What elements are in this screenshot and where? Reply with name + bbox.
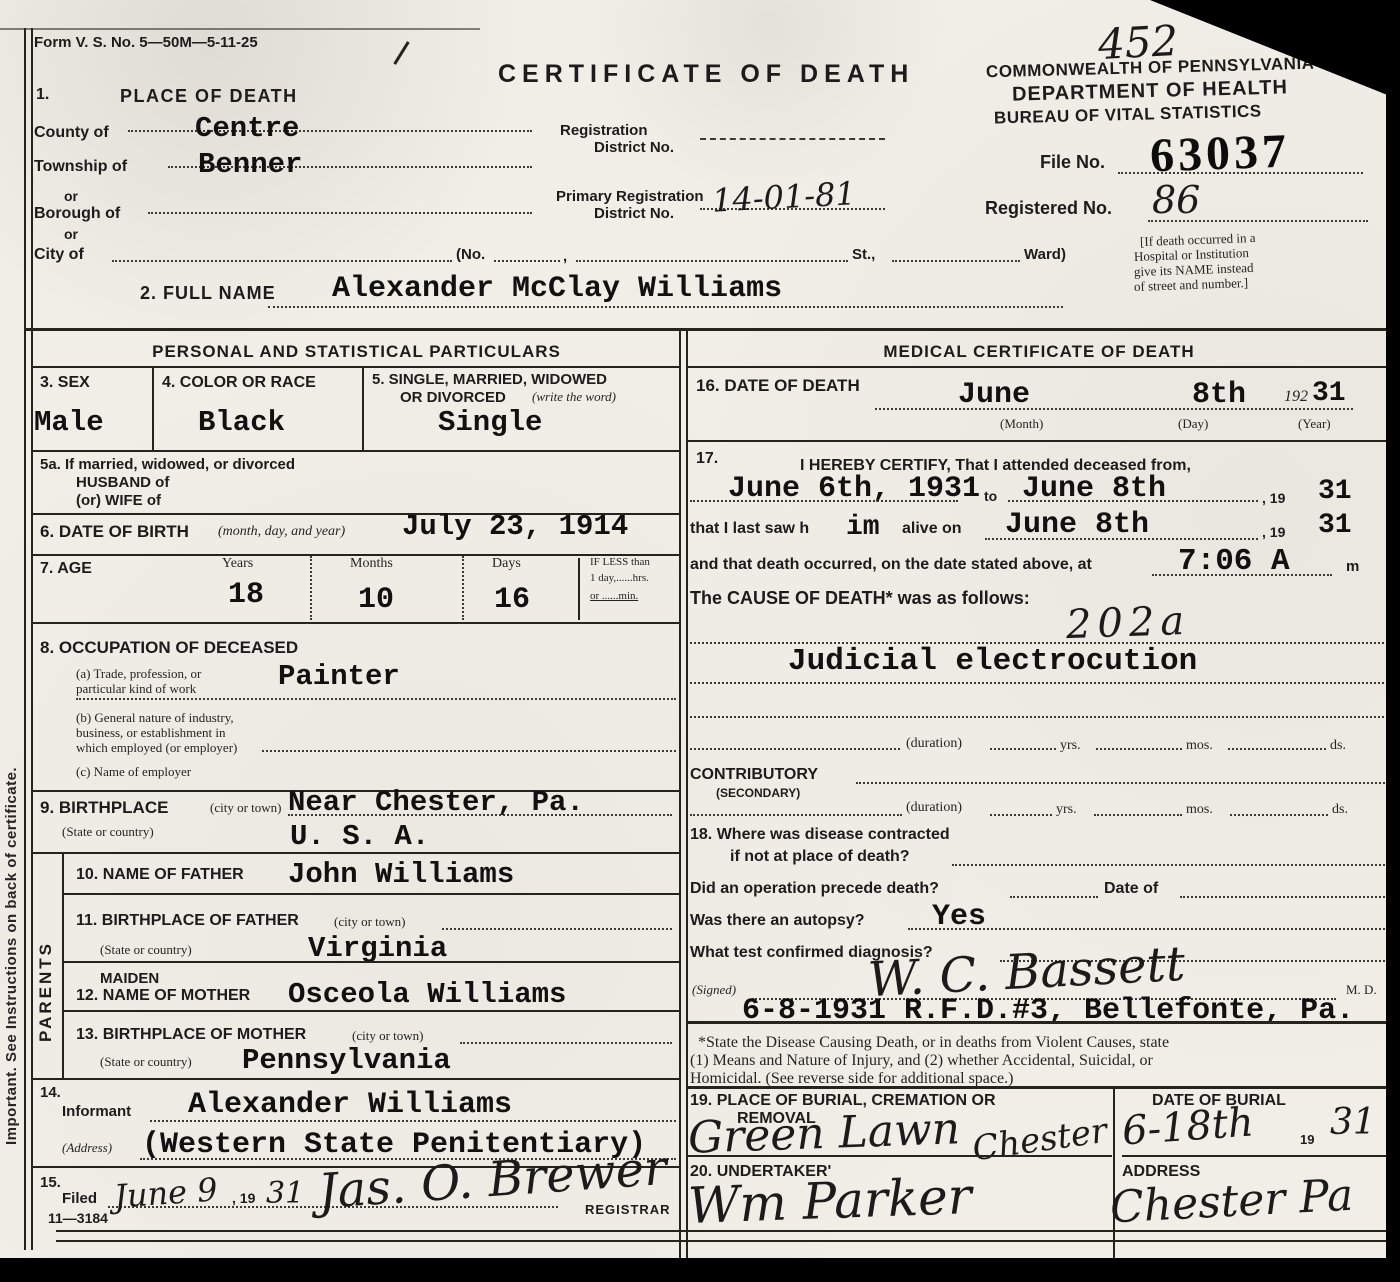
- mother-name-label: 12. NAME OF MOTHER: [76, 987, 250, 1005]
- filed-number: 15.: [40, 1174, 61, 1191]
- duration-dots-2: [1096, 748, 1182, 750]
- borough-label: Borough of: [34, 205, 120, 223]
- father-birthplace-rule: [64, 961, 679, 963]
- operation-label: Did an operation precede death?: [690, 880, 939, 898]
- frame-left-line-outer: [24, 28, 26, 1250]
- contributory-label: CONTRIBUTORY: [690, 766, 818, 784]
- primary-registration-value: 14-01-81: [711, 174, 857, 219]
- ds2-label: ds.: [1332, 802, 1348, 818]
- year-note: (Year): [1298, 416, 1331, 432]
- mother-birthplace-label: 13. BIRTHPLACE OF MOTHER: [76, 1026, 306, 1044]
- attended-to-line: [1008, 500, 1258, 502]
- date-of-dots: [1180, 896, 1388, 898]
- certificate-paper: Important. See Instructions on back of c…: [0, 0, 1400, 1282]
- registration-district-label1: Registration: [560, 122, 648, 139]
- section1-heading: PLACE OF DEATH: [120, 86, 298, 107]
- city-label: City of: [34, 246, 84, 264]
- if-less-line3: or ......min.: [590, 590, 638, 602]
- item18-line1: 18. Where was disease contracted: [690, 826, 950, 844]
- age-label: 7. AGE: [40, 560, 92, 578]
- duration-label: (duration): [906, 736, 962, 752]
- date-of-death-day: 8th: [1192, 378, 1246, 412]
- section1-number: 1.: [36, 86, 49, 104]
- full-name-line: [268, 306, 1063, 308]
- registered-no-value: 86: [1152, 178, 1200, 222]
- footnote-bottom-rule: [688, 1086, 1390, 1089]
- father-birthplace-state-note: (State or country): [100, 942, 192, 958]
- city-line: [112, 260, 452, 262]
- informant-value: Alexander Williams: [188, 1088, 512, 1122]
- parents-bottom-rule: [33, 1078, 679, 1080]
- yrs-label: yrs.: [1060, 738, 1081, 754]
- mother-name-value: Osceola Williams: [288, 978, 566, 1011]
- marital-note: (write the word): [532, 389, 616, 405]
- birthplace-state-note: (State or country): [62, 824, 154, 840]
- informant-number: 14.: [40, 1084, 61, 1101]
- day-note: (Day): [1178, 416, 1208, 432]
- date-of-death-line: [875, 408, 1353, 410]
- duration2-label: (duration): [906, 800, 962, 816]
- scan-bottom-band: [0, 1258, 1400, 1282]
- filed-year-handwritten: 31: [266, 1176, 304, 1211]
- burial-place-rule: [688, 1155, 1112, 1157]
- county-value: Centre: [195, 112, 299, 145]
- item5a-line3: (or) WIFE of: [76, 492, 161, 509]
- row345-bottom-rule: [33, 450, 679, 452]
- cause-of-death-label: The CAUSE OF DEATH* was as follows:: [690, 588, 1030, 609]
- cause-line-3: [690, 716, 1388, 718]
- filed-label: Filed: [62, 1190, 97, 1207]
- alive-on-label: alive on: [902, 520, 962, 538]
- birthplace-bottom-rule: [33, 852, 679, 854]
- occupation-a-line: [76, 698, 676, 700]
- registration-district-label2: District No.: [594, 139, 674, 156]
- dob-label: 6. DATE OF BIRTH: [40, 522, 189, 542]
- father-birthplace-line: [442, 928, 672, 930]
- birthplace-state-value: U. S. A.: [290, 820, 429, 853]
- mother-birthplace-value: Pennsylvania: [242, 1044, 451, 1077]
- last-saw-19-printed: , 19: [1262, 524, 1285, 540]
- if-less-line1: IF LESS than: [590, 556, 650, 568]
- medical-heading-rule: [688, 366, 1390, 368]
- sex-value: Male: [34, 406, 104, 439]
- father-name-value: John Williams: [288, 858, 514, 891]
- mother-name-rule: [64, 1010, 679, 1012]
- date-of-death-year-typed: 31: [1312, 378, 1346, 409]
- burial-column-divider: [1113, 1086, 1115, 1262]
- street-no-label: (No.: [456, 246, 485, 263]
- age-divider-3: [578, 558, 580, 620]
- form-number: Form V. S. No. 5—50M—5-11-25: [34, 34, 258, 51]
- date-of-label: Date of: [1104, 880, 1158, 898]
- mother-birthplace-state-note: (State or country): [100, 1054, 192, 1070]
- ward-label: Ward): [1024, 246, 1066, 263]
- undertaker-signature: Wm Parker: [687, 1167, 972, 1235]
- last-saw-value: June 8th: [1005, 508, 1149, 542]
- scan-right-strip: [1386, 90, 1400, 1282]
- ward-line: [892, 260, 1020, 262]
- father-birthplace-note: (city or town): [334, 914, 405, 930]
- last-saw-year-typed: 31: [1318, 510, 1352, 541]
- township-value: Benner: [198, 148, 302, 181]
- mos2-label: mos.: [1186, 802, 1213, 818]
- frame-bottom-line-inner: [56, 1240, 1396, 1242]
- street-no-line: [494, 260, 560, 262]
- burial-date-rule: [1122, 1155, 1392, 1157]
- date-of-death-bottom-rule: [688, 440, 1390, 442]
- personal-heading-rule: [33, 366, 679, 368]
- occupation-c-label: (c) Name of employer: [76, 764, 191, 780]
- if-less-line2: 1 day,......hrs.: [590, 572, 649, 584]
- ds-label: ds.: [1330, 738, 1346, 754]
- street-line: [576, 260, 848, 262]
- age-bottom-rule: [33, 622, 679, 624]
- contributory-line: [856, 782, 1388, 784]
- registered-no-label: Registered No.: [985, 198, 1112, 219]
- file-no-stamp: 63037: [1149, 124, 1291, 184]
- age-days-label: Days: [492, 556, 521, 572]
- center-divider-outer: [679, 328, 681, 1262]
- personal-section-heading: PERSONAL AND STATISTICAL PARTICULARS: [34, 342, 679, 362]
- county-line: [128, 130, 532, 132]
- occupation-a-value: Painter: [278, 660, 400, 693]
- mother-birthplace-note: (city or town): [352, 1028, 423, 1044]
- street-label: St.,: [852, 246, 875, 263]
- township-label: Township of: [34, 158, 127, 176]
- age-divider-2: [462, 556, 464, 620]
- occupation-a-label2: particular kind of work: [76, 681, 196, 697]
- cause-value: Judicial electrocution: [788, 644, 1197, 679]
- item18-line2: if not at place of death?: [730, 848, 910, 866]
- autopsy-dots: [908, 928, 1388, 930]
- registrar-label: REGISTRAR: [585, 1202, 671, 1217]
- maiden-label: MAIDEN: [100, 970, 159, 987]
- or-label-2: or: [64, 226, 78, 242]
- item17-number: 17.: [696, 450, 718, 468]
- full-name-value: Alexander McClay Williams: [332, 272, 782, 306]
- attended-19-printed: , 19: [1262, 490, 1285, 506]
- secondary-label: (SECONDARY): [716, 786, 800, 800]
- item5a-line2: HUSBAND of: [76, 474, 169, 491]
- attended-to-label: to: [984, 488, 997, 504]
- date-of-burial-handwritten: 6-18th: [1121, 1099, 1256, 1154]
- parents-bracket-line: [62, 852, 64, 1080]
- age-months-label: Months: [350, 556, 393, 572]
- frame-left-line-inner: [31, 28, 33, 1250]
- duration-dots-1: [990, 748, 1056, 750]
- race-value: Black: [198, 406, 285, 439]
- sex-label: 3. SEX: [40, 374, 90, 392]
- form-code: 11—3184: [48, 1210, 108, 1226]
- duration2-dots-1: [990, 814, 1052, 816]
- sex-race-divider: [152, 366, 154, 450]
- stray-mark: [393, 41, 409, 65]
- death-time-line: [1152, 574, 1332, 576]
- county-label: County of: [34, 124, 109, 142]
- item5a-line1: 5a. If married, widowed, or divorced: [40, 456, 295, 473]
- duration2-dots-2: [1094, 814, 1182, 816]
- mother-birthplace-line: [460, 1042, 672, 1044]
- informant-address-note: (Address): [62, 1140, 112, 1156]
- autopsy-label: Was there an autopsy?: [690, 912, 865, 930]
- signed-label: (Signed): [692, 982, 736, 998]
- father-name-label: 10. NAME OF FATHER: [76, 866, 244, 884]
- footnote-line2: (1) Means and Nature of Injury, and (2) …: [690, 1052, 1153, 1070]
- main-horizontal-rule: [24, 328, 1392, 331]
- informant-label: Informant: [62, 1103, 131, 1120]
- full-name-label: 2. FULL NAME: [140, 283, 276, 304]
- medical-section-heading: MEDICAL CERTIFICATE OF DEATH: [688, 342, 1390, 362]
- margin-instructions-note: Important. See Instructions on back of c…: [3, 525, 20, 1145]
- duration-dots-3: [1228, 748, 1326, 750]
- father-name-rule: [64, 893, 679, 895]
- occupation-a-label1: (a) Trade, profession, or: [76, 666, 201, 682]
- birthplace-note: (city or town): [210, 800, 281, 816]
- duration2-lead-line: [690, 814, 902, 816]
- registration-district-line: [700, 138, 885, 140]
- age-divider-1: [310, 556, 312, 620]
- dob-note: (month, day, and year): [218, 524, 345, 540]
- yrs2-label: yrs.: [1056, 802, 1077, 818]
- parents-vertical-label: PARENTS: [36, 852, 56, 1042]
- duration2-dots-3: [1230, 814, 1328, 816]
- filed-19-printed: , 19: [232, 1190, 255, 1206]
- death-certificate-scan: Important. See Instructions on back of c…: [0, 0, 1400, 1282]
- borough-line: [148, 212, 532, 214]
- marital-value: Single: [438, 406, 542, 439]
- cause-code-handwritten: 202a: [1065, 598, 1191, 648]
- primary-registration-label2: District No.: [594, 205, 674, 222]
- hospital-note-line4: of street and number.]: [1134, 275, 1249, 295]
- filed-date-handwritten: June 9: [113, 1170, 219, 1215]
- item18-line2-dots: [952, 864, 1388, 866]
- age-months-value: 10: [358, 583, 394, 617]
- date-of-death-label: 16. DATE OF DEATH: [696, 376, 860, 396]
- death-occurred-label: and that death occurred, on the date sta…: [690, 556, 1092, 574]
- operation-dots: [1010, 896, 1098, 898]
- attended-year-typed: 31: [1318, 476, 1352, 507]
- age-years-value: 18: [228, 578, 264, 612]
- burial-place-city-handwritten: Chester: [970, 1111, 1110, 1169]
- birthplace-line: [288, 814, 672, 816]
- race-label: 4. COLOR OR RACE: [162, 374, 316, 392]
- primary-registration-label1: Primary Registration: [556, 188, 704, 205]
- street-comma: ,: [563, 248, 567, 265]
- race-marital-divider: [362, 366, 364, 450]
- occupation-heading: 8. OCCUPATION OF DECEASED: [40, 638, 298, 658]
- cause-line-2: [690, 682, 1388, 684]
- burial-19-printed: 19: [1300, 1132, 1314, 1147]
- file-no-label: File No.: [1040, 152, 1105, 173]
- frame-top-line: [0, 28, 480, 30]
- signed-bottom-rule: [688, 1021, 1390, 1024]
- informant-line: [150, 1120, 676, 1122]
- occupation-b-label2: business, or establishment in: [76, 725, 226, 741]
- certificate-title: CERTIFICATE OF DEATH: [498, 60, 914, 89]
- age-years-label: Years: [222, 556, 253, 572]
- footnote-line1: *State the Disease Causing Death, or in …: [698, 1034, 1169, 1052]
- burial-year-handwritten: 31: [1330, 1102, 1376, 1143]
- occupation-b-line: [262, 750, 676, 752]
- occupation-b-label3: which employed (or employer): [76, 740, 237, 756]
- month-note: (Month): [1000, 416, 1043, 432]
- age-days-value: 16: [494, 583, 530, 617]
- attended-from-line: [690, 500, 958, 502]
- last-saw-label: that I last saw h: [690, 520, 809, 538]
- occupation-b-label1: (b) General nature of industry,: [76, 710, 234, 726]
- birthplace-label: 9. BIRTHPLACE: [40, 798, 168, 818]
- him-typed: im: [846, 512, 880, 543]
- duration-lead-line: [690, 748, 900, 750]
- mos-label: mos.: [1186, 738, 1213, 754]
- marital-label-line1: 5. SINGLE, MARRIED, WIDOWED: [372, 371, 607, 388]
- time-m-suffix: m: [1346, 558, 1359, 575]
- or-label-1: or: [64, 188, 78, 204]
- dob-value: July 23, 1914: [402, 510, 628, 543]
- father-birthplace-label: 11. BIRTHPLACE OF FATHER: [76, 912, 299, 930]
- last-saw-line: [985, 538, 1258, 540]
- date-of-death-month: June: [958, 378, 1030, 412]
- marital-label-line2: OR DIVORCED: [400, 389, 506, 406]
- date-of-death-year-printed: 192: [1284, 388, 1308, 406]
